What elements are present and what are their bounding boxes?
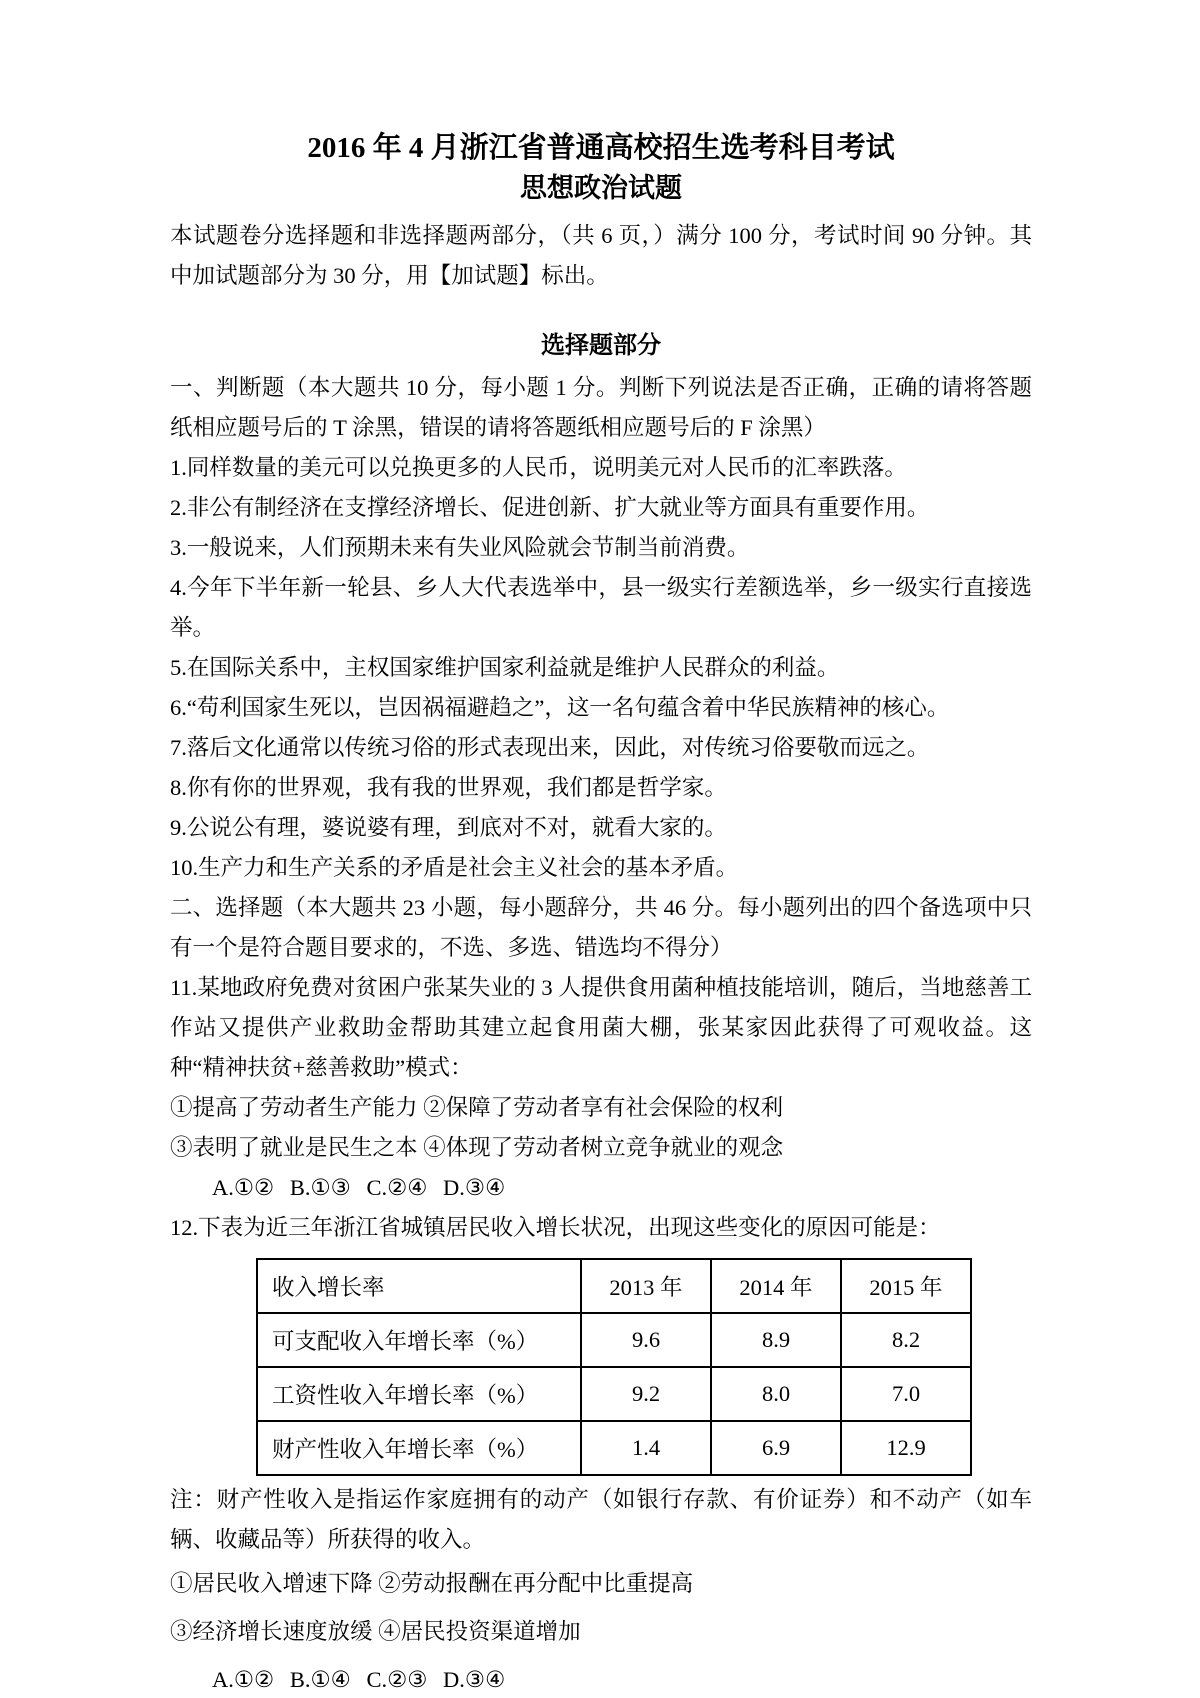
question-11-options-line2: ③表明了就业是民生之本 ④体现了劳动者树立竞争就业的观念 — [170, 1128, 1032, 1168]
question-11-options-line1: ①提高了劳动者生产能力 ②保障了劳动者享有社会保险的权利 — [170, 1088, 1032, 1128]
cell-wage-2015: 7.0 — [841, 1367, 971, 1421]
table-header-income-growth-rate: 收入增长率 — [257, 1259, 581, 1313]
question-12-options-line1: ①居民收入增速下降 ②劳动报酬在再分配中比重提高 — [170, 1560, 1032, 1608]
question-11-stem: 11.某地政府免费对贫困户张某失业的 3 人提供食用菌种植技能培训，随后，当地慈… — [170, 968, 1032, 1088]
exam-subtitle: 思想政治试题 — [170, 168, 1032, 208]
part1-judgment-header: 一、判断题（本大题共 10 分，每小题 1 分。判断下列说法是否正确，正确的请将… — [170, 368, 1032, 448]
table-row-property-income: 财产性收入年增长率（%） 1.4 6.9 12.9 — [257, 1421, 971, 1475]
table-header-2015: 2015 年 — [841, 1259, 971, 1313]
table-header-row: 收入增长率 2013 年 2014 年 2015 年 — [257, 1259, 971, 1313]
judgment-item-5: 5.在国际关系中，主权国家维护国家利益就是维护人民群众的利益。 — [170, 648, 1032, 688]
cell-disposable-2014: 8.9 — [711, 1313, 841, 1367]
income-growth-table: 收入增长率 2013 年 2014 年 2015 年 可支配收入年增长率（%） … — [256, 1258, 972, 1476]
question-12-options-line2: ③经济增长速度放缓 ④居民投资渠道增加 — [170, 1608, 1032, 1656]
table-header-2014: 2014 年 — [711, 1259, 841, 1313]
cell-property-2015: 12.9 — [841, 1421, 971, 1475]
cell-disposable-2013: 9.6 — [581, 1313, 711, 1367]
question-12-answer-choices: A.①② B.①④ C.②③ D.③④ — [170, 1656, 1032, 1698]
cell-disposable-2015: 8.2 — [841, 1313, 971, 1367]
judgment-item-2: 2.非公有制经济在支撑经济增长、促进创新、扩大就业等方面具有重要作用。 — [170, 488, 1032, 528]
part2-choice-header: 二、选择题（本大题共 23 小题，每小题辞分，共 46 分。每小题列出的四个备选… — [170, 888, 1032, 968]
row-label-wage-income: 工资性收入年增长率（%） — [257, 1367, 581, 1421]
judgment-item-4: 4.今年下半年新一轮县、乡人大代表选举中，县一级实行差额选举，乡一级实行直接选举… — [170, 568, 1032, 648]
section-title-choice-part: 选择题部分 — [170, 326, 1032, 366]
table-row-disposable-income: 可支配收入年增长率（%） 9.6 8.9 8.2 — [257, 1313, 971, 1367]
judgment-item-1: 1.同样数量的美元可以兑换更多的人民币，说明美元对人民币的汇率跌落。 — [170, 448, 1032, 488]
judgment-item-10: 10.生产力和生产关系的矛盾是社会主义社会的基本矛盾。 — [170, 848, 1032, 888]
row-label-property-income: 财产性收入年增长率（%） — [257, 1421, 581, 1475]
page-content: 2016 年 4 月浙江省普通高校招生选考科目考试 思想政治试题 本试题卷分选择… — [170, 128, 1032, 1698]
exam-title: 2016 年 4 月浙江省普通高校招生选考科目考试 — [170, 128, 1032, 168]
judgment-item-8: 8.你有你的世界观，我有我的世界观，我们都是哲学家。 — [170, 768, 1032, 808]
question-12-stem: 12.下表为近三年浙江省城镇居民收入增长状况，出现这些变化的原因可能是： — [170, 1208, 1032, 1248]
row-label-disposable-income: 可支配收入年增长率（%） — [257, 1313, 581, 1367]
cell-property-2013: 1.4 — [581, 1421, 711, 1475]
exam-intro: 本试题卷分选择题和非选择题两部分，（共 6 页，）满分 100 分，考试时间 9… — [170, 216, 1032, 296]
judgment-item-9: 9.公说公有理，婆说婆有理，到底对不对，就看大家的。 — [170, 808, 1032, 848]
judgment-item-3: 3.一般说来，人们预期未来有失业风险就会节制当前消费。 — [170, 528, 1032, 568]
question-11-answer-choices: A.①② B.①③ C.②④ D.③④ — [170, 1168, 1032, 1208]
cell-property-2014: 6.9 — [711, 1421, 841, 1475]
table-header-2013: 2013 年 — [581, 1259, 711, 1313]
question-12-note: 注：财产性收入是指运作家庭拥有的动产（如银行存款、有价证券）和不动产（如车辆、收… — [170, 1480, 1032, 1560]
table-row-wage-income: 工资性收入年增长率（%） 9.2 8.0 7.0 — [257, 1367, 971, 1421]
judgment-item-6: 6.“苟利国家生死以，岂因祸福避趋之”，这一名句蕴含着中华民族精神的核心。 — [170, 688, 1032, 728]
judgment-item-7: 7.落后文化通常以传统习俗的形式表现出来，因此，对传统习俗要敬而远之。 — [170, 728, 1032, 768]
exam-paper-page: 2016 年 4 月浙江省普通高校招生选考科目考试 思想政治试题 本试题卷分选择… — [0, 0, 1200, 1698]
cell-wage-2013: 9.2 — [581, 1367, 711, 1421]
cell-wage-2014: 8.0 — [711, 1367, 841, 1421]
